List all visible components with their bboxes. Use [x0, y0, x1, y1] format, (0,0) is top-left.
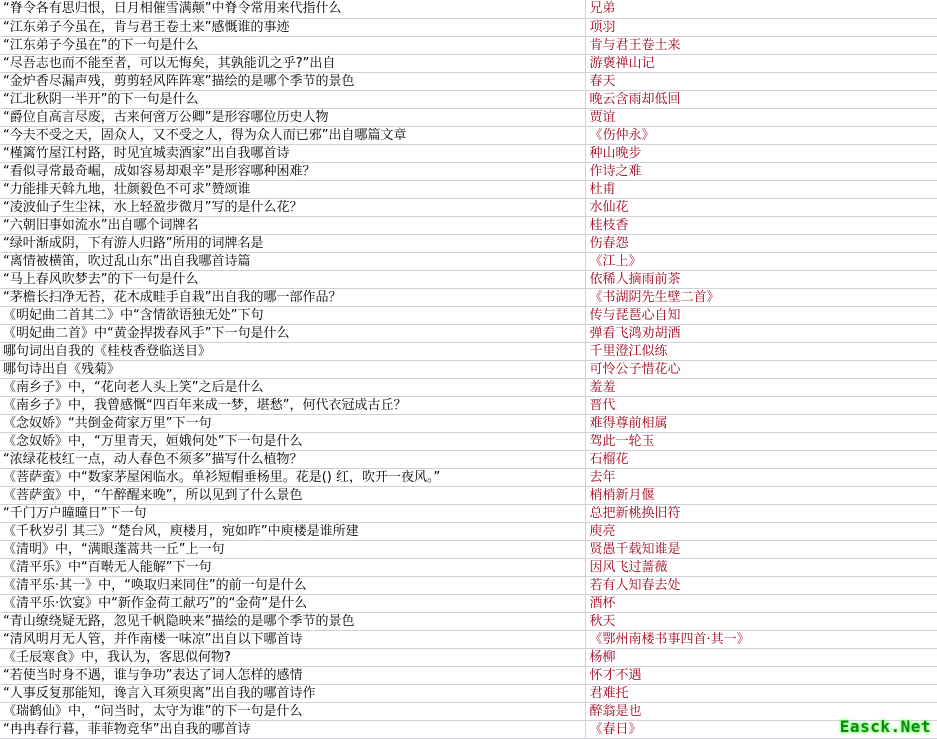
- table-row[interactable]: “绿叶渐成阴，下有游人归路”所用的词牌名是伤春怨: [0, 234, 937, 252]
- watermark-logo: Easck.Net: [840, 717, 931, 736]
- table-row[interactable]: “马上春风吹梦去”的下一句是什么依稀人摘雨前茶: [0, 270, 937, 288]
- question-cell[interactable]: 哪句诗出自《残菊》: [0, 360, 585, 378]
- answer-cell[interactable]: 若有人知春去处: [585, 576, 937, 594]
- question-cell[interactable]: “清风明月无人管，并作南楼一味凉”出自以下哪首诗: [0, 630, 585, 648]
- table-row[interactable]: “江东弟子今虽在”的下一句是什么肯与君王卷土来: [0, 36, 937, 54]
- question-cell[interactable]: “槿篱竹屋江村路，时见宜城卖酒家”出自我哪首诗: [0, 144, 585, 162]
- answer-cell[interactable]: 《鄂州南楼书事四首·其一》: [585, 630, 937, 648]
- question-cell[interactable]: “若使当时身不遇，谁与争功”表达了词人怎样的感情: [0, 666, 585, 684]
- qa-table-body: “脊令各有思归恨，日月相催雪满颠”中脊令常用来代指什么兄弟“江东弟子今虽在，肯与…: [0, 0, 937, 738]
- table-row[interactable]: 《明妃曲二首》中“黄金捍拨春风手”下一句是什么弹看飞鸿劝胡酒: [0, 324, 937, 342]
- question-cell[interactable]: “金炉香尽漏声残，剪剪轻风阵阵寒”描绘的是哪个季节的景色: [0, 72, 585, 90]
- table-row[interactable]: “看似寻常最奇崛，成如容易却艰辛”是形容哪种困难？作诗之难: [0, 162, 937, 180]
- question-cell[interactable]: “绿叶渐成阴，下有游人归路”所用的词牌名是: [0, 234, 585, 252]
- table-row[interactable]: 《念奴娇》“共倒金荷家万里”下一句难得尊前相属: [0, 414, 937, 432]
- table-row[interactable]: 《菩萨蛮》中“数家茅屋闲临水。单衫短帽垂杨里。花是() 红，吹开一夜风。”去年: [0, 468, 937, 486]
- question-cell[interactable]: 《明妃曲二首其二》中“含情欲语独无处”下句: [0, 306, 585, 324]
- answer-cell[interactable]: 水仙花: [585, 198, 937, 216]
- question-cell[interactable]: “看似寻常最奇崛，成如容易却艰辛”是形容哪种困难？: [0, 162, 585, 180]
- table-row[interactable]: “若使当时身不遇，谁与争功”表达了词人怎样的感情怀才不遇: [0, 666, 937, 684]
- question-cell[interactable]: 《明妃曲二首》中“黄金捍拨春风手”下一句是什么: [0, 324, 585, 342]
- answer-cell[interactable]: 晋代: [585, 396, 937, 414]
- table-row[interactable]: 哪句词出自我的《桂枝香登临送目》千里澄江似练: [0, 342, 937, 360]
- question-cell[interactable]: “浓绿花枝红一点，动人春色不须多”描写什么植物？: [0, 450, 585, 468]
- answer-cell[interactable]: 总把新桃换旧符: [585, 504, 937, 522]
- question-cell[interactable]: “马上春风吹梦去”的下一句是什么: [0, 270, 585, 288]
- table-row[interactable]: “千门万户曈曈日”下一句总把新桃换旧符: [0, 504, 937, 522]
- answer-cell[interactable]: 难得尊前相属: [585, 414, 937, 432]
- answer-cell[interactable]: 种山晚步: [585, 144, 937, 162]
- answer-cell[interactable]: 君难托: [585, 684, 937, 702]
- answer-cell[interactable]: 伤春怨: [585, 234, 937, 252]
- answer-cell[interactable]: 庾亮: [585, 522, 937, 540]
- table-row[interactable]: 《明妃曲二首其二》中“含情欲语独无处”下句传与琵琶心自知: [0, 306, 937, 324]
- table-row[interactable]: “浓绿花枝红一点，动人春色不须多”描写什么植物？石榴花: [0, 450, 937, 468]
- answer-cell[interactable]: 游褒禅山记: [585, 54, 937, 72]
- table-row[interactable]: “离情被横笛，吹过乱山东”出自我哪首诗篇《江上》: [0, 252, 937, 270]
- question-cell[interactable]: “爵位自高言尽废，古来何啻万公卿”是形容哪位历史人物: [0, 108, 585, 126]
- question-cell[interactable]: 《壬辰寒食》中，我认为，客思似何物?: [0, 648, 585, 666]
- answer-cell[interactable]: 石榴花: [585, 450, 937, 468]
- table-row[interactable]: 《壬辰寒食》中，我认为，客思似何物?杨柳: [0, 648, 937, 666]
- answer-cell[interactable]: 杜甫: [585, 180, 937, 198]
- question-cell[interactable]: 《清明》中，“满眼蓬蒿共一丘”上一句: [0, 540, 585, 558]
- question-cell[interactable]: “今夫不受之天，固众人，又不受之人，得为众人而已邪”出自哪篇文章: [0, 126, 585, 144]
- answer-cell[interactable]: 秋天: [585, 612, 937, 630]
- table-row[interactable]: 《清平乐·饮宴》中“新作金荷工献巧”的“金荷”是什么酒杯: [0, 594, 937, 612]
- answer-cell[interactable]: 贾谊: [585, 108, 937, 126]
- answer-cell[interactable]: 《书湖阴先生壁二首》: [585, 288, 937, 306]
- table-row[interactable]: “茅檐长扫净无苔，花木成畦手自栽”出自我的哪一部作品？《书湖阴先生壁二首》: [0, 288, 937, 306]
- answer-cell[interactable]: 传与琵琶心自知: [585, 306, 937, 324]
- table-row[interactable]: “今夫不受之天，固众人，又不受之人，得为众人而已邪”出自哪篇文章《伤仲永》: [0, 126, 937, 144]
- table-row[interactable]: “人事反复那能知，谗言入耳须臾离”出自我的哪首诗作君难托: [0, 684, 937, 702]
- question-cell[interactable]: “离情被横笛，吹过乱山东”出自我哪首诗篇: [0, 252, 585, 270]
- answer-cell[interactable]: 因风飞过蔷薇: [585, 558, 937, 576]
- question-cell[interactable]: 《清平乐》中“百啭无人能解”下一句: [0, 558, 585, 576]
- question-cell[interactable]: 《菩萨蛮》中，“午醉醒来晚”，所以见到了什么景色: [0, 486, 585, 504]
- question-cell[interactable]: “力能排天斡九地，壮颜毅色不可求”赞颂谁: [0, 180, 585, 198]
- answer-cell[interactable]: 晚云含雨却低回: [585, 90, 937, 108]
- table-row[interactable]: 哪句诗出自《残菊》可怜公子惜花心: [0, 360, 937, 378]
- answer-cell[interactable]: 酒杯: [585, 594, 937, 612]
- answer-cell[interactable]: 桂枝香: [585, 216, 937, 234]
- answer-cell[interactable]: 羞羞: [585, 378, 937, 396]
- answer-cell[interactable]: 肯与君王卷土来: [585, 36, 937, 54]
- question-cell[interactable]: 《南乡子》中，我曾感慨“四百年来成一梦，堪愁”，何代衣冠成古丘？: [0, 396, 585, 414]
- question-cell[interactable]: 《清平乐·其一》中，“唤取归来同住”的前一句是什么: [0, 576, 585, 594]
- answer-cell[interactable]: 去年: [585, 468, 937, 486]
- answer-cell[interactable]: 春天: [585, 72, 937, 90]
- qa-table: “脊令各有思归恨，日月相催雪满颠”中脊令常用来代指什么兄弟“江东弟子今虽在，肯与…: [0, 0, 937, 739]
- answer-cell[interactable]: 驾此一轮玉: [585, 432, 937, 450]
- question-cell[interactable]: 《千秋岁引 其三》“楚台风，庾楼月，宛如昨”中庾楼是谁所建: [0, 522, 585, 540]
- question-cell[interactable]: 《念奴娇》中，“万里青天，姮娥何处”下一句是什么: [0, 432, 585, 450]
- table-row[interactable]: 《念奴娇》中，“万里青天，姮娥何处”下一句是什么驾此一轮玉: [0, 432, 937, 450]
- question-cell[interactable]: “冉冉春行暮，菲菲物竞华”出自我的哪首诗: [0, 720, 585, 738]
- table-row[interactable]: 《南乡子》中，“花向老人头上笑”之后是什么羞羞: [0, 378, 937, 396]
- table-row[interactable]: “六朝旧事如流水”出自哪个词牌名桂枝香: [0, 216, 937, 234]
- table-row[interactable]: 《清明》中，“满眼蓬蒿共一丘”上一句贤愚千载知谁是: [0, 540, 937, 558]
- table-row[interactable]: “脊令各有思归恨，日月相催雪满颠”中脊令常用来代指什么兄弟: [0, 0, 937, 18]
- table-row[interactable]: 《千秋岁引 其三》“楚台风，庾楼月，宛如昨”中庾楼是谁所建庾亮: [0, 522, 937, 540]
- question-cell[interactable]: “青山缭绕疑无路，忽见千帆隐映来”描绘的是哪个季节的景色: [0, 612, 585, 630]
- question-cell[interactable]: 哪句词出自我的《桂枝香登临送目》: [0, 342, 585, 360]
- table-row[interactable]: “江东弟子今虽在，肯与君王卷土来”感慨谁的事迹项羽: [0, 18, 937, 36]
- question-cell[interactable]: “江北秋阴一半开”的下一句是什么: [0, 90, 585, 108]
- question-cell[interactable]: “凌波仙子生尘袜，水上轻盈步微月”写的是什么花？: [0, 198, 585, 216]
- table-row[interactable]: “江北秋阴一半开”的下一句是什么晚云含雨却低回: [0, 90, 937, 108]
- table-row[interactable]: “尽吾志也而不能至者，可以无悔矣，其孰能讥之乎?”出自游褒禅山记: [0, 54, 937, 72]
- answer-cell[interactable]: 《江上》: [585, 252, 937, 270]
- answer-cell[interactable]: 怀才不遇: [585, 666, 937, 684]
- table-row[interactable]: “槿篱竹屋江村路，时见宜城卖酒家”出自我哪首诗种山晚步: [0, 144, 937, 162]
- answer-cell[interactable]: 依稀人摘雨前茶: [585, 270, 937, 288]
- answer-cell[interactable]: 项羽: [585, 18, 937, 36]
- table-row[interactable]: 《菩萨蛮》中，“午醉醒来晚”，所以见到了什么景色梢梢新月偃: [0, 486, 937, 504]
- table-row[interactable]: “清风明月无人管，并作南楼一味凉”出自以下哪首诗《鄂州南楼书事四首·其一》: [0, 630, 937, 648]
- answer-cell[interactable]: 千里澄江似练: [585, 342, 937, 360]
- answer-cell[interactable]: 兄弟: [585, 0, 937, 18]
- table-row[interactable]: “冉冉春行暮，菲菲物竞华”出自我的哪首诗《春日》: [0, 720, 937, 738]
- table-row[interactable]: “青山缭绕疑无路，忽见千帆隐映来”描绘的是哪个季节的景色秋天: [0, 612, 937, 630]
- question-cell[interactable]: “茅檐长扫净无苔，花木成畦手自栽”出自我的哪一部作品？: [0, 288, 585, 306]
- table-row[interactable]: “金炉香尽漏声残，剪剪轻风阵阵寒”描绘的是哪个季节的景色春天: [0, 72, 937, 90]
- table-row[interactable]: “凌波仙子生尘袜，水上轻盈步微月”写的是什么花？水仙花: [0, 198, 937, 216]
- answer-cell[interactable]: 杨柳: [585, 648, 937, 666]
- question-cell[interactable]: “人事反复那能知，谗言入耳须臾离”出自我的哪首诗作: [0, 684, 585, 702]
- table-row[interactable]: 《南乡子》中，我曾感慨“四百年来成一梦，堪愁”，何代衣冠成古丘？晋代: [0, 396, 937, 414]
- answer-cell[interactable]: 可怜公子惜花心: [585, 360, 937, 378]
- table-row[interactable]: 《清平乐·其一》中，“唤取归来同住”的前一句是什么若有人知春去处: [0, 576, 937, 594]
- question-cell[interactable]: “江东弟子今虽在”的下一句是什么: [0, 36, 585, 54]
- question-cell[interactable]: 《瑞鹤仙》中，“问当时，太守为谁”的下一句是什么: [0, 702, 585, 720]
- answer-cell[interactable]: 贤愚千载知谁是: [585, 540, 937, 558]
- table-row[interactable]: “爵位自高言尽废，古来何啻万公卿”是形容哪位历史人物贾谊: [0, 108, 937, 126]
- question-cell[interactable]: 《念奴娇》“共倒金荷家万里”下一句: [0, 414, 585, 432]
- question-cell[interactable]: “江东弟子今虽在，肯与君王卷土来”感慨谁的事迹: [0, 18, 585, 36]
- answer-cell[interactable]: 作诗之难: [585, 162, 937, 180]
- question-cell[interactable]: 《清平乐·饮宴》中“新作金荷工献巧”的“金荷”是什么: [0, 594, 585, 612]
- question-cell[interactable]: “脊令各有思归恨，日月相催雪满颠”中脊令常用来代指什么: [0, 0, 585, 18]
- question-cell[interactable]: 《南乡子》中，“花向老人头上笑”之后是什么: [0, 378, 585, 396]
- table-row[interactable]: “力能排天斡九地，壮颜毅色不可求”赞颂谁杜甫: [0, 180, 937, 198]
- question-cell[interactable]: “六朝旧事如流水”出自哪个词牌名: [0, 216, 585, 234]
- question-cell[interactable]: “千门万户曈曈日”下一句: [0, 504, 585, 522]
- answer-cell[interactable]: 弹看飞鸿劝胡酒: [585, 324, 937, 342]
- answer-cell[interactable]: 梢梢新月偃: [585, 486, 937, 504]
- answer-cell[interactable]: 《伤仲永》: [585, 126, 937, 144]
- question-cell[interactable]: 《菩萨蛮》中“数家茅屋闲临水。单衫短帽垂杨里。花是() 红，吹开一夜风。”: [0, 468, 585, 486]
- table-row[interactable]: 《瑞鹤仙》中，“问当时，太守为谁”的下一句是什么醉翁是也: [0, 702, 937, 720]
- question-cell[interactable]: “尽吾志也而不能至者，可以无悔矣，其孰能讥之乎?”出自: [0, 54, 585, 72]
- table-row[interactable]: 《清平乐》中“百啭无人能解”下一句因风飞过蔷薇: [0, 558, 937, 576]
